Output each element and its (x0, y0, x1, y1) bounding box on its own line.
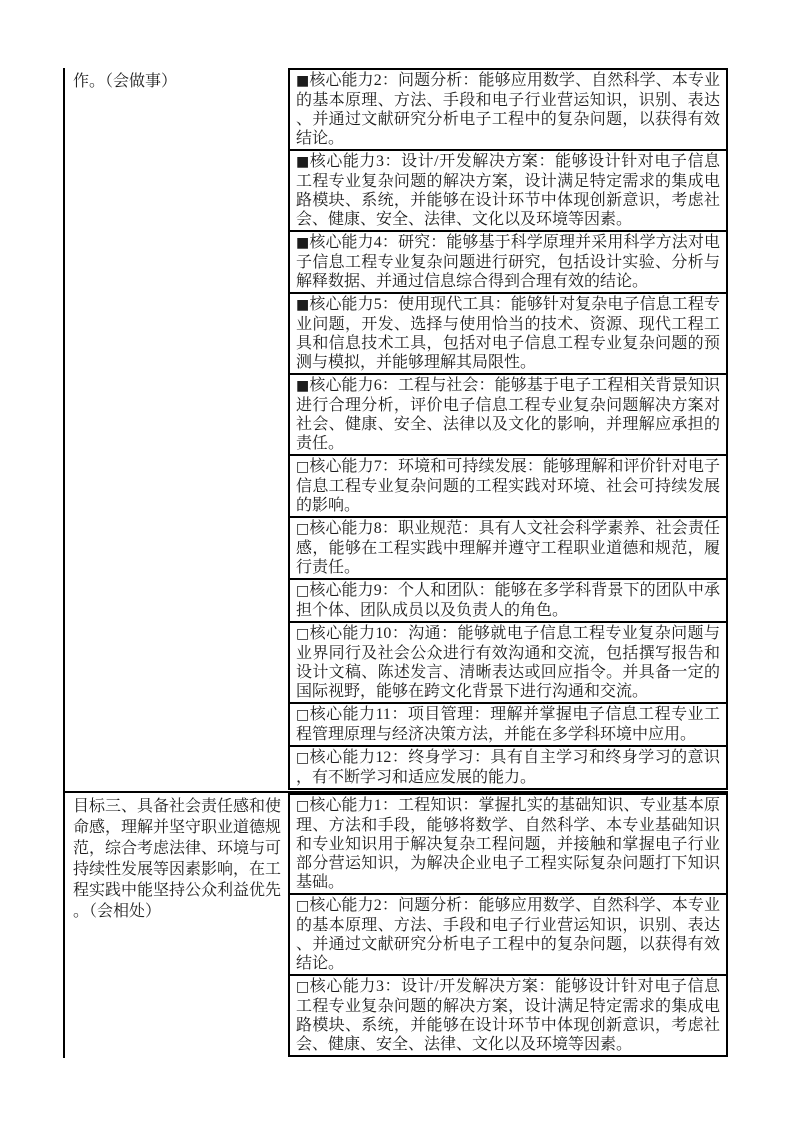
competency-stack: □核心能力1：工程知识：掌握扎实的基础知识、专业基本原理、方法和手段，能够将数学… (288, 793, 728, 1058)
table-row: 目标三、具备社会责任感和使命感，理解并坚守职业道德规范，综合考虑法律、环境与可持… (63, 791, 728, 1058)
document-page: 作。（会做事） ■核心能力2：问题分析：能够应用数学、自然科学、本专业的基本原理… (0, 0, 799, 1131)
checkbox-empty-icon: □ (296, 707, 310, 723)
competency-text: 核心能力5：使用现代工具：能够针对复杂电子信息工程专业问题，开发、选择与使用恰当… (296, 296, 720, 371)
competency-text: 核心能力3：设计/开发解决方案：能够设计针对电子信息工程专业复杂问题的解决方案，… (296, 978, 720, 1053)
checkbox-filled-icon: ■ (296, 73, 309, 89)
objectives-competencies-table: 作。（会做事） ■核心能力2：问题分析：能够应用数学、自然科学、本专业的基本原理… (63, 68, 728, 1058)
competency-text: 核心能力3：设计/开发解决方案：能够设计针对电子信息工程专业复杂问题的解决方案，… (296, 153, 720, 228)
objective-text: 目标三、具备社会责任感和使命感，理解并坚守职业道德规范，综合考虑法律、环境与可持… (73, 798, 281, 920)
competency-text: 核心能力9：个人和团队：能够在多学科背景下的团队中承担个体、团队成员以及负责人的… (296, 582, 720, 619)
competency-text: 核心能力6：工程与社会：能够基于电子工程相关背景知识进行合理分析，评价电子信息工… (296, 377, 720, 452)
competency-cell: ■核心能力2：问题分析：能够应用数学、自然科学、本专业的基本原理、方法、手段和电… (288, 68, 728, 151)
competency-cell: □核心能力8：职业规范：具有人文社会科学素养、社会责任感，能够在工程实践中理解并… (288, 516, 728, 580)
competency-cell: □核心能力1：工程知识：掌握扎实的基础知识、专业基本原理、方法和手段，能够将数学… (288, 793, 728, 895)
competency-cell: □核心能力3：设计/开发解决方案：能够设计针对电子信息工程专业复杂问题的解决方案… (288, 974, 728, 1057)
competency-cell: □核心能力9：个人和团队：能够在多学科背景下的团队中承担个体、团队成员以及负责人… (288, 578, 728, 623)
competency-cell: □核心能力10：沟通：能够就电子信息工程专业复杂问题与业界同行及社会公众进行有效… (288, 621, 728, 704)
competency-text: 核心能力1：工程知识：掌握扎实的基础知识、专业基本原理、方法和手段，能够将数学、… (296, 797, 720, 891)
competency-cell: ■核心能力5：使用现代工具：能够针对复杂电子信息工程专业问题，开发、选择与使用恰… (288, 292, 728, 375)
competency-cell: ■核心能力4：研究：能够基于科学原理并采用科学方法对电子信息工程专业复杂问题进行… (288, 230, 728, 294)
table-row: 作。（会做事） ■核心能力2：问题分析：能够应用数学、自然科学、本专业的基本原理… (63, 68, 728, 791)
checkbox-empty-icon: □ (296, 459, 309, 475)
competency-text: 核心能力10：沟通：能够就电子信息工程专业复杂问题与业界同行及社会公众进行有效沟… (296, 625, 720, 700)
checkbox-empty-icon: □ (296, 798, 309, 814)
checkbox-empty-icon: □ (296, 898, 309, 914)
objective-cell: 作。（会做事） (63, 68, 288, 791)
competency-text: 核心能力2：问题分析：能够应用数学、自然科学、本专业的基本原理、方法、手段和电子… (296, 72, 720, 147)
competency-cell: □核心能力2：问题分析：能够应用数学、自然科学、本专业的基本原理、方法、手段和电… (288, 893, 728, 976)
checkbox-filled-icon: ■ (296, 297, 309, 313)
objective-cell: 目标三、具备社会责任感和使命感，理解并坚守职业道德规范，综合考虑法律、环境与可持… (63, 793, 288, 1058)
competency-cell: □核心能力11：项目管理：理解并掌握电子信息工程专业工程管理原理与经济决策方法，… (288, 702, 728, 747)
competency-cell: ■核心能力6：工程与社会：能够基于电子工程相关背景知识进行合理分析，评价电子信息… (288, 373, 728, 456)
checkbox-filled-icon: ■ (296, 378, 309, 394)
competency-stack: ■核心能力2：问题分析：能够应用数学、自然科学、本专业的基本原理、方法、手段和电… (288, 68, 728, 791)
competency-cell: ■核心能力3：设计/开发解决方案：能够设计针对电子信息工程专业复杂问题的解决方案… (288, 149, 728, 232)
objective-text: 作。（会做事） (73, 73, 177, 90)
competency-text: 核心能力4：研究：能够基于科学原理并采用科学方法对电子信息工程专业复杂问题进行研… (296, 234, 720, 290)
checkbox-empty-icon: □ (296, 583, 309, 599)
competency-text: 核心能力7：环境和可持续发展：能够理解和评价针对电子信息工程专业复杂问题的工程实… (296, 458, 720, 514)
competency-text: 核心能力2：问题分析：能够应用数学、自然科学、本专业的基本原理、方法、手段和电子… (296, 897, 720, 972)
checkbox-empty-icon: □ (296, 979, 310, 995)
checkbox-filled-icon: ■ (296, 154, 310, 170)
competency-cell: □核心能力12：终身学习：具有自主学习和终身学习的意识，有不断学习和适应发展的能… (288, 745, 728, 790)
competency-text: 核心能力12：终身学习：具有自主学习和终身学习的意识，有不断学习和适应发展的能力… (296, 749, 720, 786)
competency-cell: □核心能力7：环境和可持续发展：能够理解和评价针对电子信息工程专业复杂问题的工程… (288, 454, 728, 518)
checkbox-empty-icon: □ (296, 626, 310, 642)
competency-text: 核心能力8：职业规范：具有人文社会科学素养、社会责任感，能够在工程实践中理解并遵… (296, 520, 720, 576)
checkbox-empty-icon: □ (296, 521, 309, 537)
checkbox-empty-icon: □ (296, 750, 310, 766)
competency-text: 核心能力11：项目管理：理解并掌握电子信息工程专业工程管理原理与经济决策方法，并… (296, 706, 720, 743)
checkbox-filled-icon: ■ (296, 235, 309, 251)
